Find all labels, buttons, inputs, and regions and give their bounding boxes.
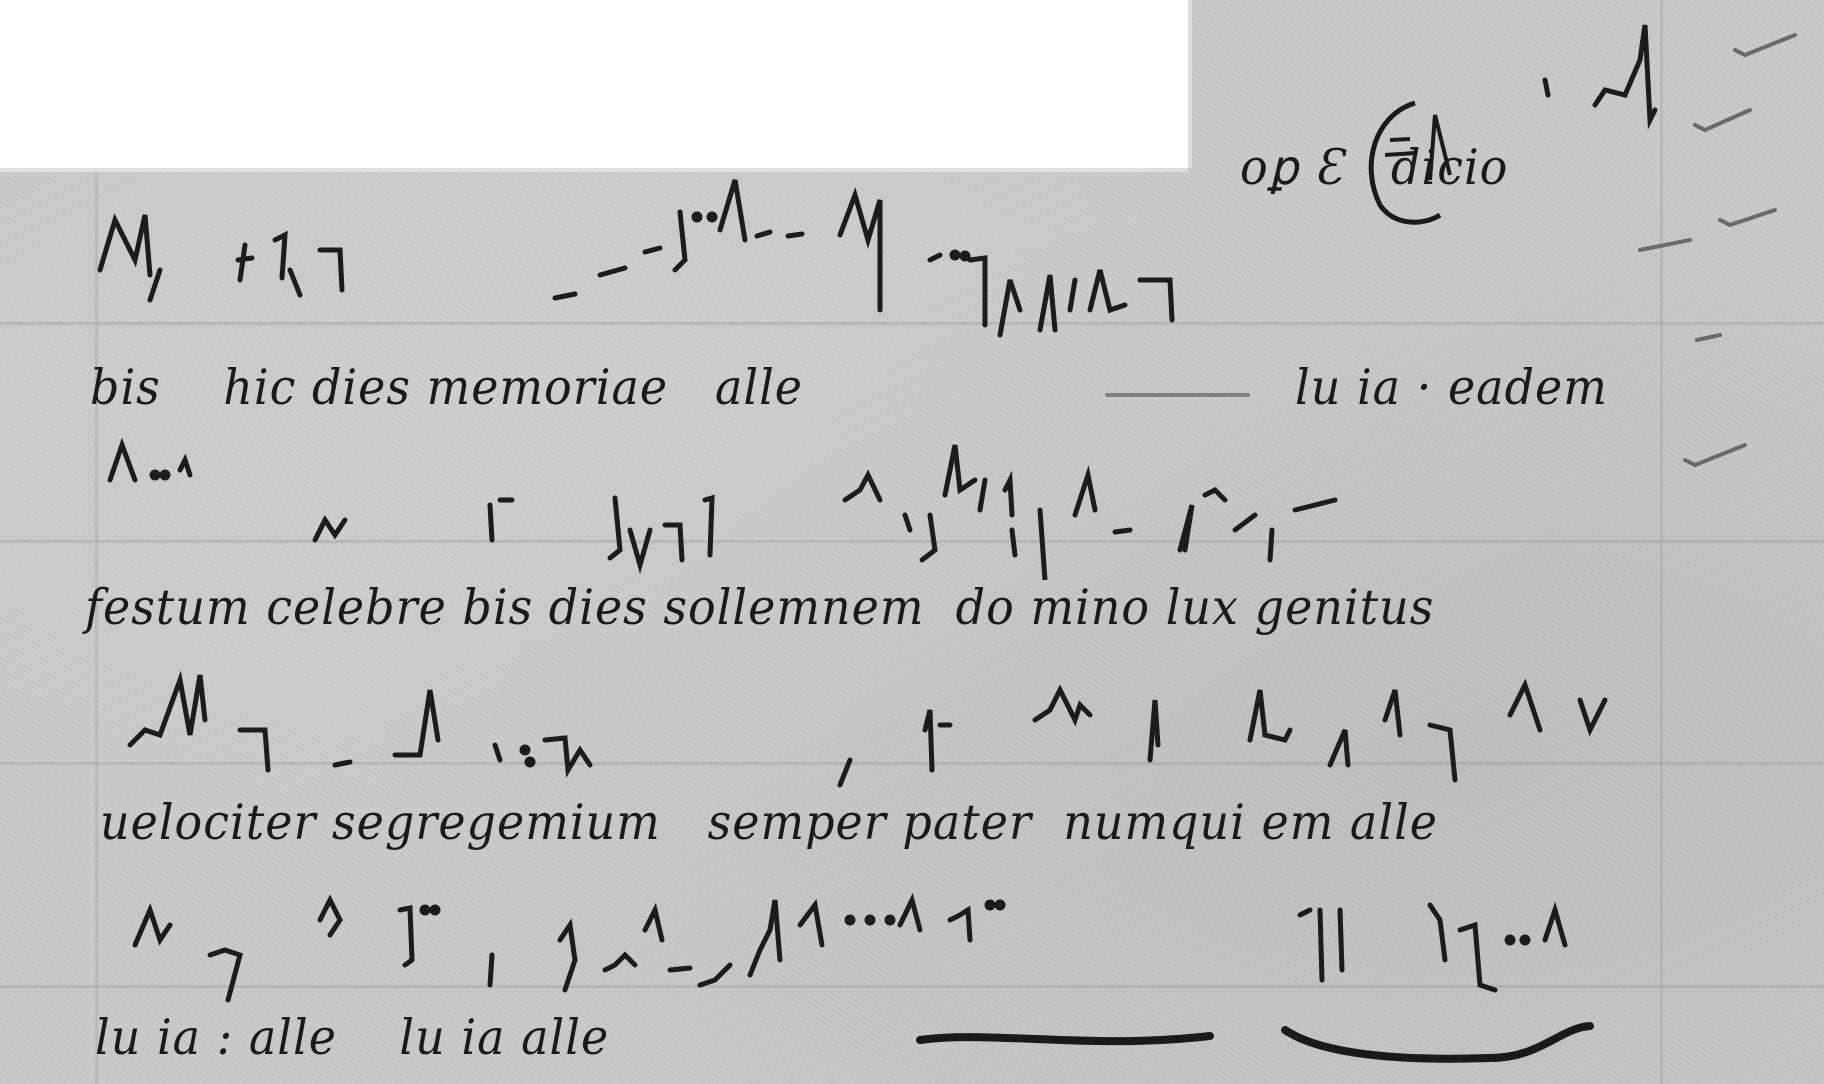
check-mark-icon [1640, 240, 1690, 250]
check-mark-icon [1685, 445, 1745, 465]
check-mark-icon [1695, 110, 1750, 130]
check-mark-icon [1697, 335, 1720, 340]
check-mark-icon [1720, 210, 1775, 225]
check-mark-icon [1735, 35, 1795, 55]
